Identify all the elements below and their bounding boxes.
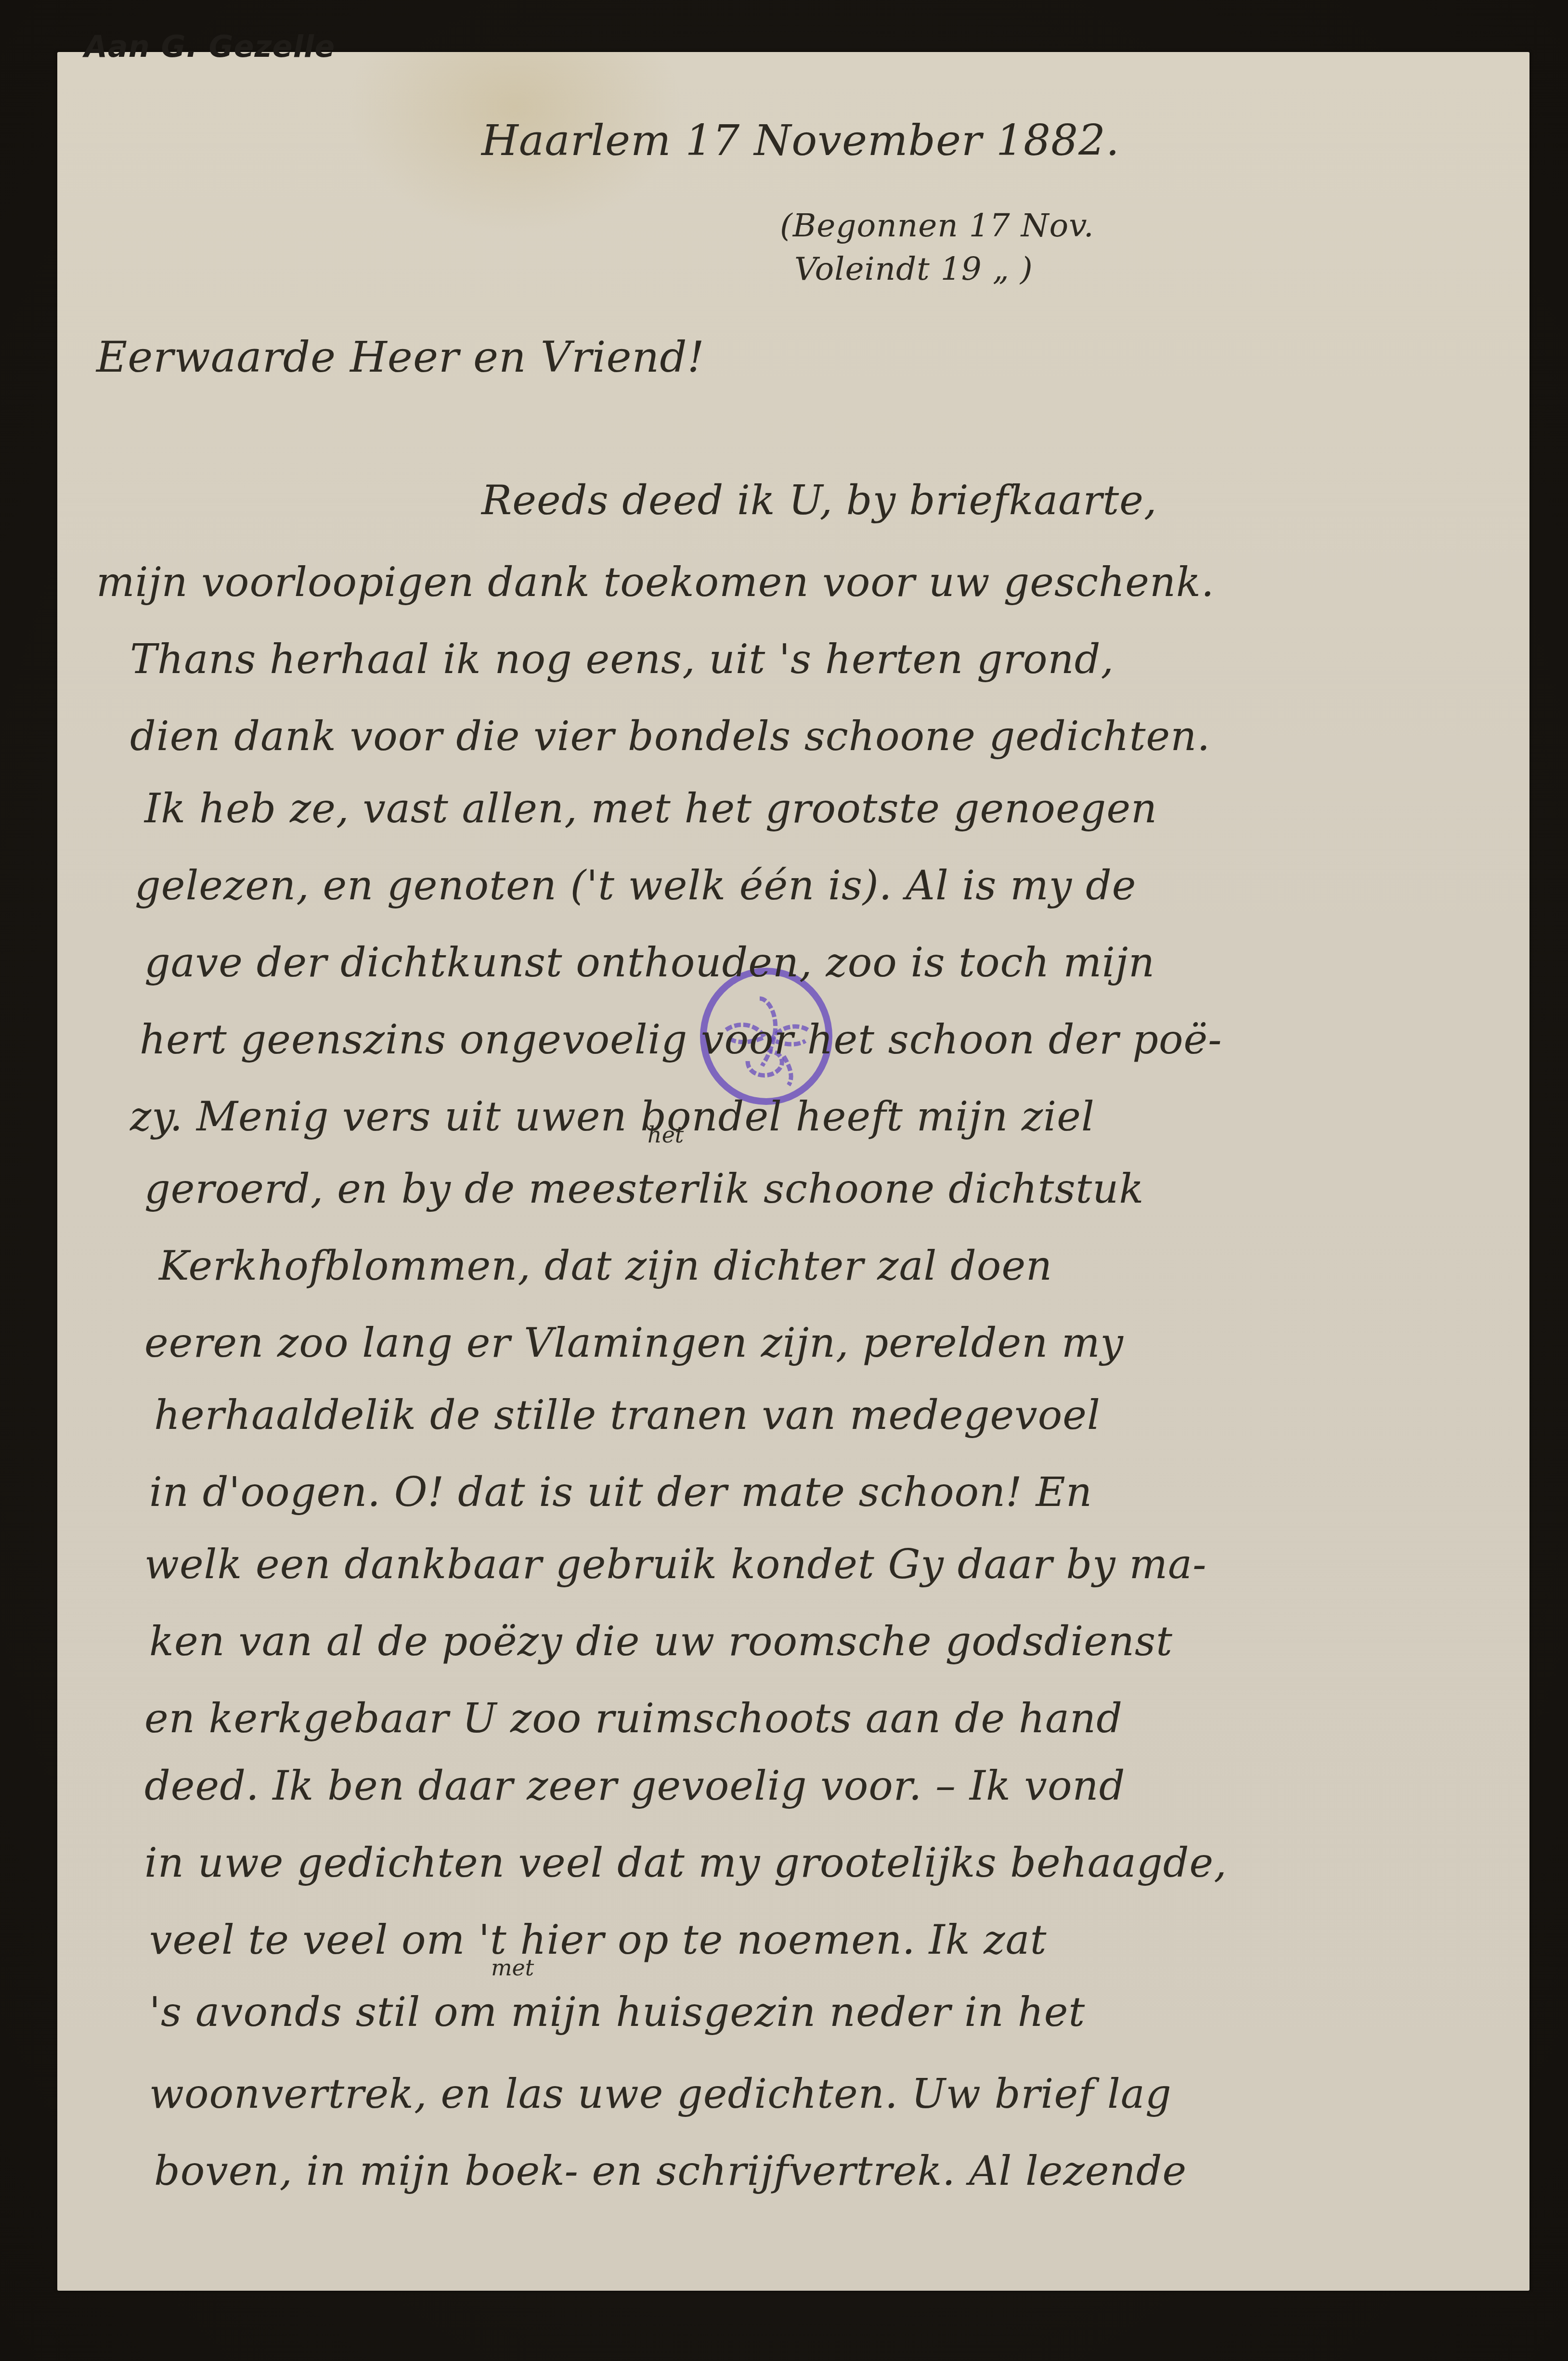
archival-annotation: Aan G. Gezelle [84, 29, 335, 64]
letter-line-5: Ik heb ze, vast allen, met het grootste … [144, 785, 1157, 832]
letter-line-10: geroerd, en by de meesterlik schoone dic… [144, 1165, 1144, 1212]
letter-line-22: woonvertrek, en las uwe gedichten. Uw br… [149, 2070, 1172, 2117]
letter-line-2: mijn voorloopigen dank toekomen voor uw … [96, 558, 1215, 606]
date-note-begun: (Begonnen 17 Nov. [780, 207, 1094, 244]
letter-line-18: deed. Ik ben daar zeer gevoelig voor. – … [144, 1762, 1126, 1809]
letter-line-9: zy. Menig vers uit uwen bondel heeft mij… [130, 1093, 1095, 1140]
letter-line-17: en kerkgebaar U zoo ruimschoots aan de h… [144, 1695, 1123, 1742]
letter-line-7: gave der dichtkunst onthouden, zoo is to… [144, 939, 1155, 986]
letter-line-11: Kerkhofblommen, dat zijn dichter zal doe… [159, 1242, 1052, 1289]
letter-line-12: eeren zoo lang er Vlamingen zijn, pereld… [144, 1319, 1124, 1366]
interlinear-insert-met: met [491, 1955, 534, 1981]
letter-line-6: gelezen, en genoten ('t welk één is). Al… [135, 862, 1136, 909]
letter-line-4: dien dank voor die vier bondels schoone … [130, 713, 1210, 760]
letter-line-1: Reeds deed ik U, by briefkaarte, [481, 477, 1157, 524]
interlinear-insert-het: het [648, 1122, 684, 1148]
letter-line-15: welk een dankbaar gebruik kondet Gy daar… [144, 1541, 1207, 1588]
letter-line-20: veel te veel om 't hier op te noemen. Ik… [149, 1916, 1047, 1963]
letter-line-14: in d'oogen. O! dat is uit der mate schoo… [149, 1468, 1092, 1516]
date-note-finished: Voleindt 19 „ ) [794, 250, 1033, 287]
letter-line-13: herhaaldelik de stille tranen van medege… [154, 1391, 1101, 1439]
place-date: Haarlem 17 November 1882. [481, 116, 1120, 165]
letter-line-16: ken van al de poëzy die uw roomsche gods… [149, 1618, 1173, 1665]
letter-line-3: Thans herhaal ik nog eens, uit 's herten… [130, 636, 1114, 683]
letter-line-8: hert geenszins ongevoelig voor het schoo… [140, 1016, 1222, 1063]
salutation: Eerwaarde Heer en Vriend! [96, 332, 705, 382]
letter-line-21: 's avonds stil om mijn huisgezin neder i… [149, 1988, 1085, 2036]
letter-line-23: boven, in mijn boek- en schrijfvertrek. … [154, 2147, 1187, 2194]
letter-line-19: in uwe gedichten veel dat my grootelijks… [144, 1839, 1227, 1886]
